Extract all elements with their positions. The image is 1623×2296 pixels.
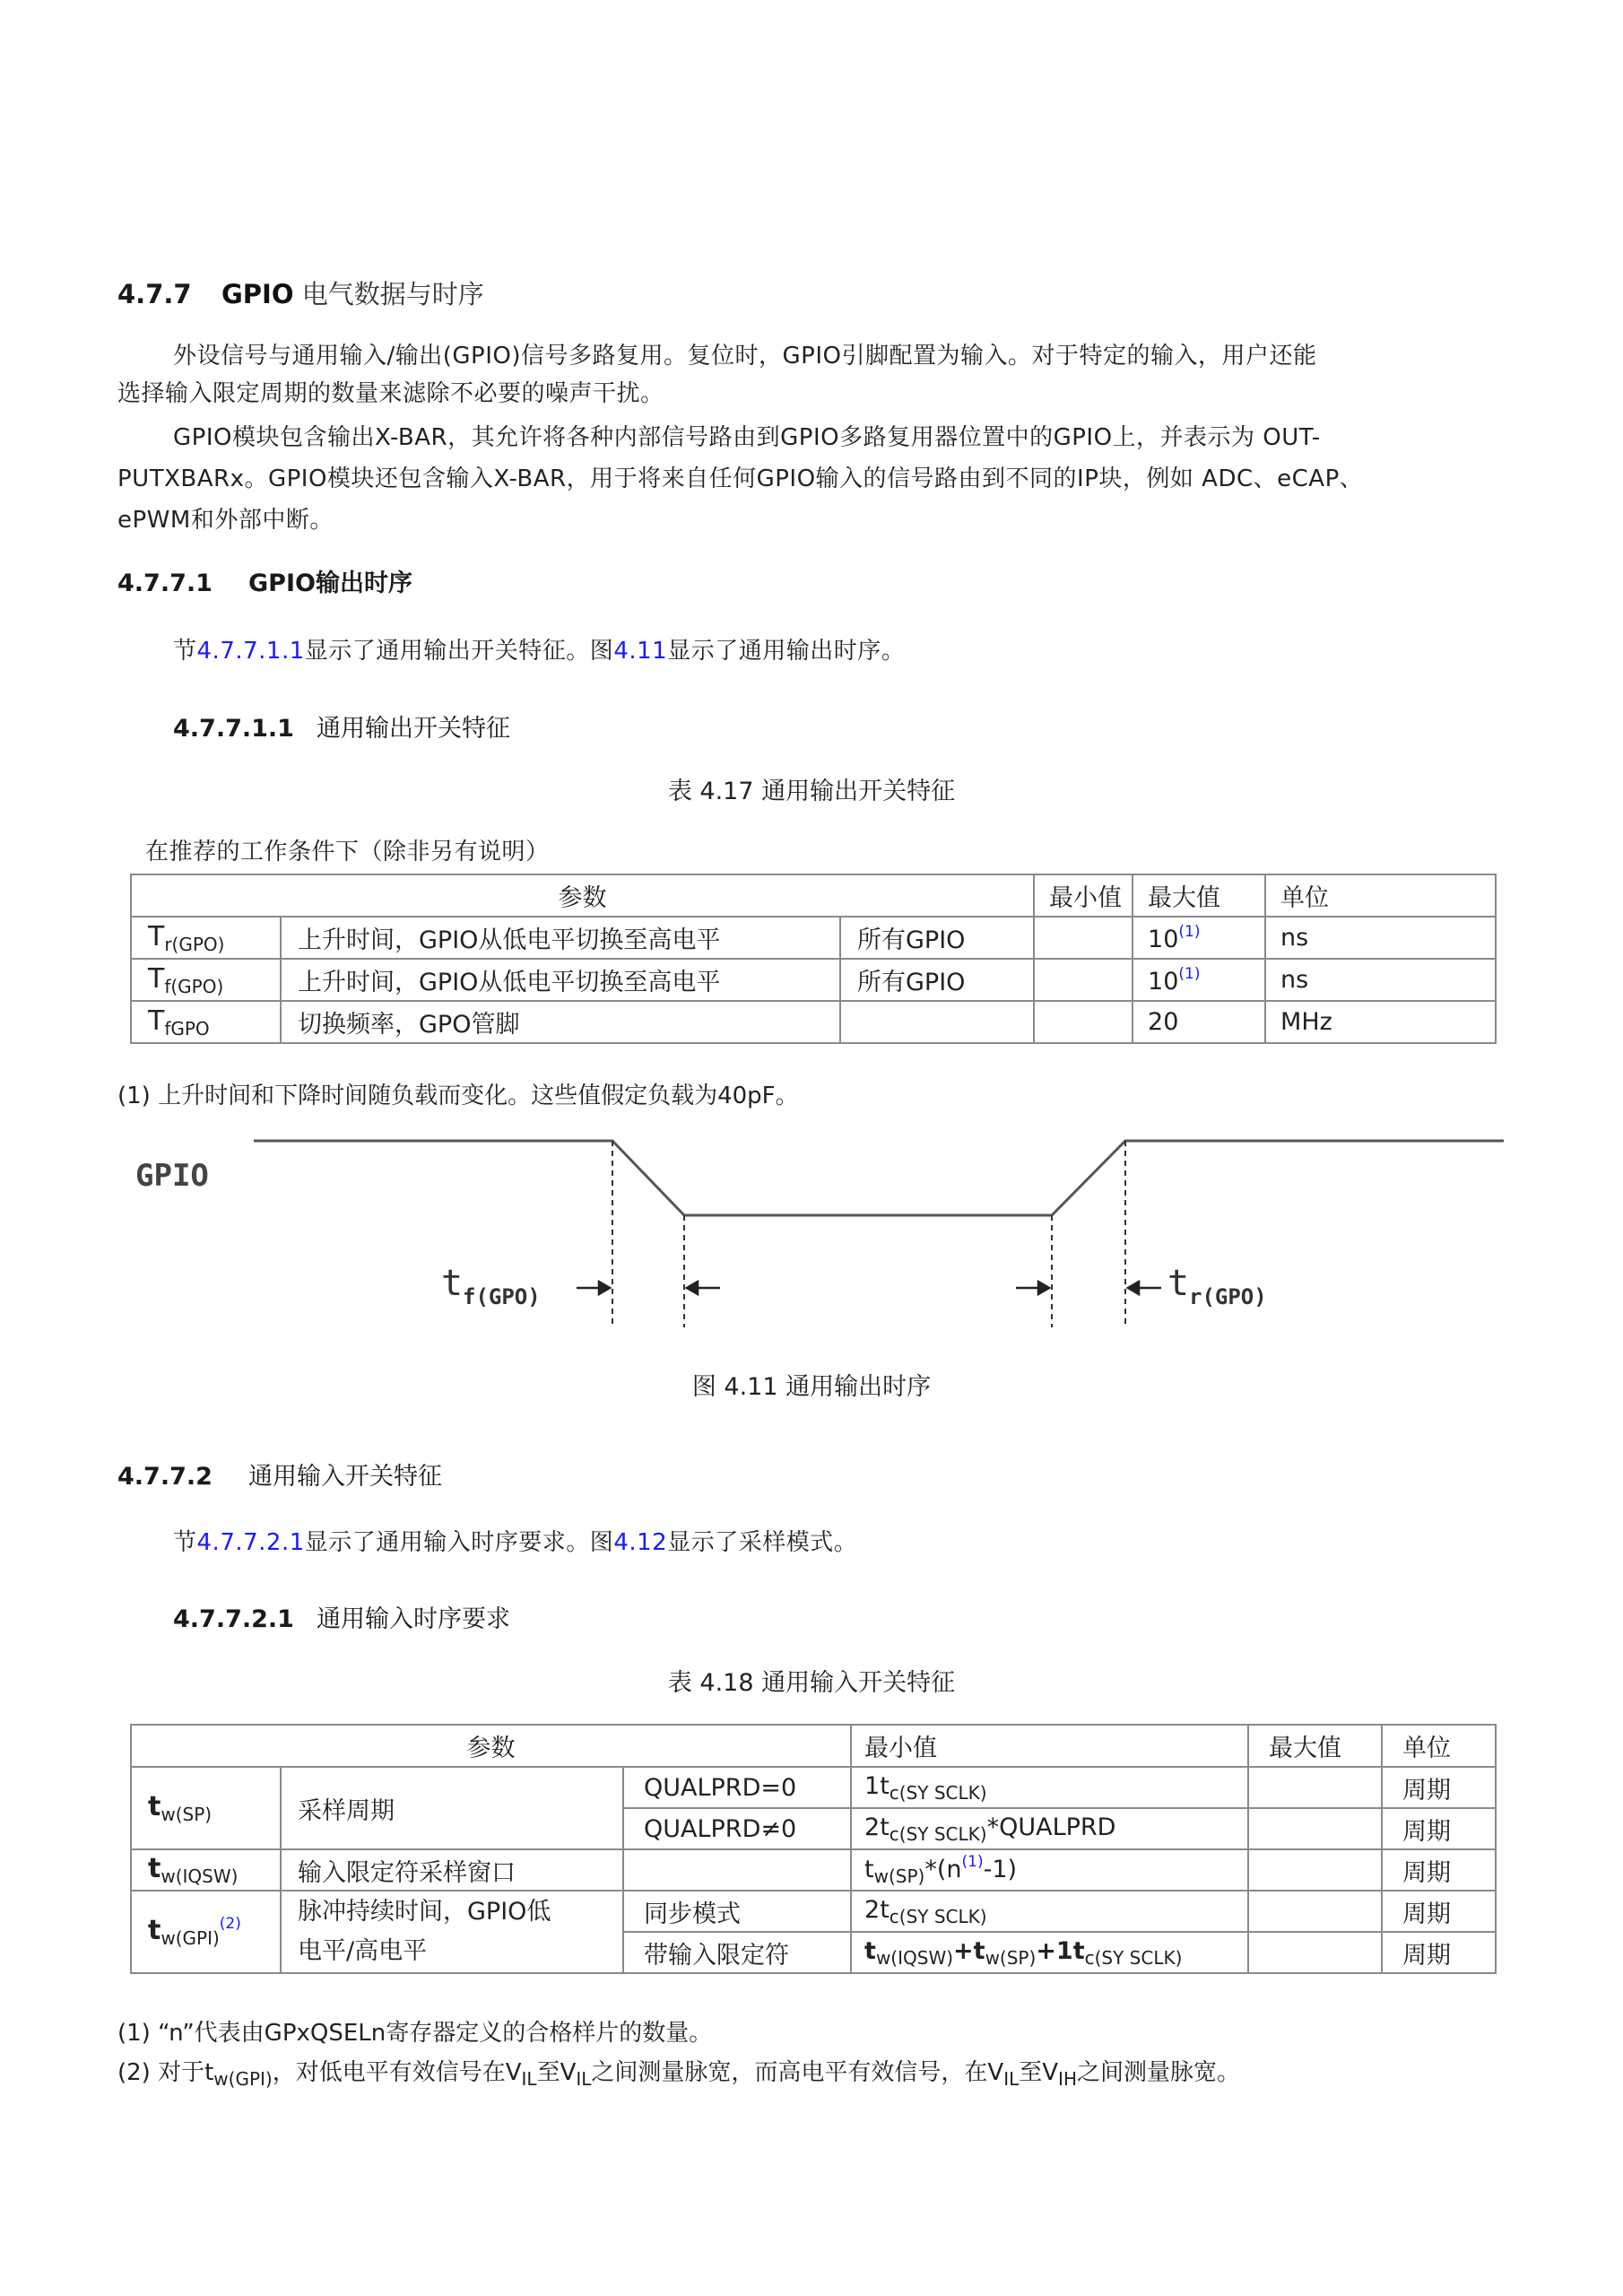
arrow-left-icon [1128,1282,1161,1294]
table-4-17-caption: 表 4.17 通用输出开关特征 [0,771,1623,806]
min-cell: 2tc(SY SCLK)*QUALPRD [851,1808,1248,1849]
note-subscript: IL [576,2068,591,2090]
symbol: t [148,1853,161,1884]
symbol: t [148,1791,161,1822]
table-row: Tr(GPO) 上升时间，GPIO从低电平切换至高电平 所有GPIO 10(1)… [131,917,1496,959]
header-param: 参数 [131,874,1034,917]
max-cell [1248,1891,1382,1932]
table-row: tw(GPI)(2) 脉冲持续时间，GPIO低电平/高电平 同步模式 2tc(S… [131,1891,1496,1932]
unit-cell: 周期 [1382,1849,1496,1891]
section-number: 4.7.7 [117,279,221,309]
header-unit: 单位 [1382,1725,1496,1767]
max-cell: 20 [1133,1001,1265,1043]
max-cell [1248,1808,1382,1849]
max-cell: 10(1) [1133,959,1265,1001]
table-row: tw(IQSW) 输入限定符采样窗口 tw(SP)*(n(1)-1) 周期 [131,1849,1496,1891]
min-subscript: w(SP) [874,1865,925,1887]
table-4-18: 参数 最小值 最大值 单位 tw(SP) 采样周期 QUALPRD=0 1tc(… [130,1724,1497,1974]
header-min: 最小值 [1034,874,1133,917]
note-subscript: IH [1058,2068,1077,2090]
subsubsection-heading-4-7-7-2-1: 4.7.7.2.1通用输入时序要求 [173,1599,510,1634]
sub2-intro: 节4.7.7.2.1显示了通用输入时序要求。图4.12显示了采样模式。 [173,1522,857,1563]
subsubsection-number: 4.7.7.1.1 [173,715,317,743]
condition-cell [840,1001,1034,1043]
min-term: t [864,1937,876,1965]
subsection-heading-4-7-7-2: 4.7.7.2通用输入开关特征 [117,1457,442,1492]
symbol-subscript: w(IQSW) [161,1865,238,1887]
description-cell: 输入限定符采样窗口 [281,1849,623,1891]
table-4-17: 参数 最小值 最大值 单位 Tr(GPO) 上升时间，GPIO从低电平切换至高电… [130,874,1497,1044]
condition-cell: 所有GPIO [840,917,1034,959]
table-header-row: 参数 最小值 最大值 单位 [131,1725,1496,1767]
max-cell: 10(1) [1133,917,1265,959]
section-title-bold: GPIO [221,279,294,309]
subsection-title: 通用输入开关特征 [248,1463,442,1491]
paragraph-line: PUTXBARx。GPIO模块还包含输入X-BAR，用于将来自任何GPIO输入的… [117,458,1363,500]
header-max: 最大值 [1133,874,1265,917]
min-subscript: c(SY SCLK) [1085,1947,1183,1969]
min-value-mid: *(n [924,1856,961,1883]
table-4-18-caption: 表 4.18 通用输入开关特征 [0,1663,1623,1698]
unit-cell: MHz [1265,1001,1496,1043]
tf-label: t [441,1263,463,1304]
symbol: T [148,1005,164,1037]
link-figure-4-12[interactable]: 4.12 [613,1529,667,1556]
intro-text: 显示了采样模式。 [667,1529,857,1556]
subsection-number: 4.7.7.2 [117,1463,248,1491]
gpio-waveform [254,1141,1504,1215]
tr-subscript: r(GPO) [1189,1284,1267,1309]
symbol: T [148,963,164,995]
link-section-4-7-7-2-1[interactable]: 4.7.7.2.1 [197,1529,305,1556]
condition-cell: 所有GPIO [840,959,1034,1001]
subsection-title: GPIO输出时序 [248,570,412,597]
section-title: 电气数据与时序 [294,279,484,309]
gpio-output-timing-diagram: GPIO t f(GPO) t r(GPO) [0,1112,1623,1345]
intro-text: 显示了通用输出开关特征。图 [305,638,614,665]
min-value-suffix: *QUALPRD [987,1813,1116,1841]
table-row: Tf(GPO) 上升时间，GPIO从低电平切换至高电平 所有GPIO 10(1)… [131,959,1496,1001]
paragraph-line: 选择输入限定周期的数量来滤除不必要的噪声干扰。 [117,373,664,414]
header-unit: 单位 [1265,874,1496,917]
header-min: 最小值 [851,1725,1248,1767]
paragraph-line: ePWM和外部中断。 [117,500,334,541]
note-text: 之间测量脉宽，而高电平有效信号，在V [591,2059,1003,2086]
intro-text: 节 [173,638,197,665]
min-cell [1034,917,1133,959]
condition-cell [623,1849,851,1891]
sub1-intro: 节4.7.7.1.1显示了通用输出开关特征。图4.11显示了通用输出时序。 [173,631,905,672]
description-cell: 上升时间，GPIO从低电平切换至高电平 [281,959,840,1001]
link-section-4-7-7-1-1[interactable]: 4.7.7.1.1 [197,638,305,665]
arrow-right-icon [577,1282,610,1294]
symbol-subscript: w(SP) [161,1804,212,1825]
note-text: 至V [1019,2059,1058,2086]
table-4-18-footnote-1: (1) “n”代表由GPxQSELn寄存器定义的合格样片的数量。 [117,2014,712,2048]
header-param: 参数 [131,1725,851,1767]
symbol-cell: tw(SP) [131,1767,281,1849]
subsection-heading-4-7-7-1: 4.7.7.1GPIO输出时序 [117,563,412,598]
symbol-cell: Tr(GPO) [131,917,281,959]
intro-text: 节 [173,1529,197,1556]
symbol: T [148,921,164,952]
header-max: 最大值 [1248,1725,1382,1767]
symbol-subscript: f(GPO) [164,976,223,997]
table-row: tw(SP) 采样周期 QUALPRD=0 1tc(SY SCLK) 周期 [131,1767,1496,1808]
min-cell: 1tc(SY SCLK) [851,1767,1248,1808]
note-text: (2) 对于t [117,2059,213,2086]
symbol-cell: TfGPO [131,1001,281,1043]
symbol: t [148,1915,161,1946]
description-cell: 切换频率，GPO管脚 [281,1001,840,1043]
min-cell: 2tc(SY SCLK) [851,1891,1248,1932]
max-cell [1248,1932,1382,1973]
subsubsection-heading-4-7-7-1-1: 4.7.7.1.1通用输出开关特征 [173,709,510,744]
footnote-ref[interactable]: (1) [962,1853,984,1871]
min-cell: tw(SP)*(n(1)-1) [851,1849,1248,1891]
max-value: 10 [1148,968,1178,996]
subsection-number: 4.7.7.1 [117,570,248,597]
min-subscript: c(SY SCLK) [890,1906,987,1927]
paragraph-line: GPIO模块包含输出X-BAR，其允许将各种内部信号路由到GPIO多路复用器位置… [173,417,1321,458]
subsubsection-number: 4.7.7.2.1 [173,1605,317,1633]
table-condition-note: 在推荐的工作条件下（除非另有说明） [145,831,550,873]
note-text: ，对低电平有效信号在V [273,2059,522,2086]
intro-text: 显示了通用输出时序。 [667,638,905,665]
symbol-subscript: fGPO [164,1018,209,1039]
arrow-right-icon [1016,1282,1049,1294]
description-line: 电平/高电平 [298,1932,622,1971]
symbol-subscript: w(GPI) [161,1927,219,1949]
condition-cell: 同步模式 [623,1891,851,1932]
symbol-cell: Tf(GPO) [131,959,281,1001]
note-subscript: IL [1003,2068,1019,2090]
table-row: TfGPO 切换频率，GPO管脚 20 MHz [131,1001,1496,1043]
figure-4-11-caption: 图 4.11 通用输出时序 [0,1367,1623,1402]
gpio-signal-label: GPIO [135,1158,209,1194]
symbol-subscript: r(GPO) [164,934,224,955]
max-cell [1248,1767,1382,1808]
unit-cell: ns [1265,959,1496,1001]
condition-cell: 带输入限定符 [623,1932,851,1973]
arrow-left-icon [687,1282,720,1294]
min-cell: tw(IQSW)+tw(SP)+1tc(SY SCLK) [851,1932,1248,1973]
unit-cell: 周期 [1382,1767,1496,1808]
subsubsection-title: 通用输入时序要求 [317,1605,510,1633]
min-cell [1034,959,1133,1001]
dashed-guides [612,1141,1125,1327]
min-cell [1034,1001,1133,1043]
min-value-suffix: -1) [984,1856,1017,1883]
note-subscript: IL [522,2068,537,2090]
symbol-cell: tw(GPI)(2) [131,1891,281,1973]
symbol-cell: tw(IQSW) [131,1849,281,1891]
min-value: 1t [864,1772,890,1800]
footnote-ref[interactable]: (1) [1178,923,1200,941]
max-value: 10 [1148,926,1178,953]
min-value: 2t [864,1813,890,1841]
min-subscript: w(SP) [985,1947,1037,1969]
tf-subscript: f(GPO) [463,1284,541,1309]
description-cell: 采样周期 [281,1767,623,1849]
max-cell [1248,1849,1382,1891]
section-heading-4-7-7: 4.7.7GPIO 电气数据与时序 [117,274,484,311]
table-4-18-footnote-2: (2) 对于tw(GPI)，对低电平有效信号在VIL至VIL之间测量脉宽，而高电… [117,2054,1240,2090]
min-term: +1t [1036,1937,1084,1965]
unit-cell: 周期 [1382,1891,1496,1932]
tr-label: t [1167,1263,1189,1304]
unit-cell: ns [1265,917,1496,959]
min-subscript: w(IQSW) [876,1947,953,1969]
note-subscript: w(GPI) [213,2068,272,2090]
note-text: 之间测量脉宽。 [1077,2059,1240,2086]
footnote-ref[interactable]: (2) [220,1915,241,1933]
subsubsection-title: 通用输出开关特征 [317,715,510,743]
description-line: 脉冲持续时间，GPIO低 [298,1892,622,1932]
min-subscript: c(SY SCLK) [890,1823,987,1845]
unit-cell: 周期 [1382,1808,1496,1849]
intro-text: 显示了通用输入时序要求。图 [305,1529,614,1556]
footnote-ref[interactable]: (1) [1178,965,1200,983]
paragraph-line: 外设信号与通用输入/输出(GPIO)信号多路复用。复位时，GPIO引脚配置为输入… [173,335,1316,377]
table-header-row: 参数 最小值 最大值 单位 [131,874,1496,917]
min-subscript: c(SY SCLK) [890,1782,987,1804]
condition-cell: QUALPRD≠0 [623,1808,851,1849]
note-text: 至V [537,2059,577,2086]
min-value: 2t [864,1896,890,1924]
max-value: 20 [1148,1008,1178,1036]
table-4-17-footnote: (1) 上升时间和下降时间随负载而变化。这些值假定负载为40pF。 [117,1077,799,1110]
description-cell: 脉冲持续时间，GPIO低电平/高电平 [281,1891,623,1973]
link-figure-4-11[interactable]: 4.11 [613,638,667,665]
min-value: t [864,1856,874,1883]
min-term: +t [953,1937,985,1965]
condition-cell: QUALPRD=0 [623,1767,851,1808]
description-cell: 上升时间，GPIO从低电平切换至高电平 [281,917,840,959]
unit-cell: 周期 [1382,1932,1496,1973]
